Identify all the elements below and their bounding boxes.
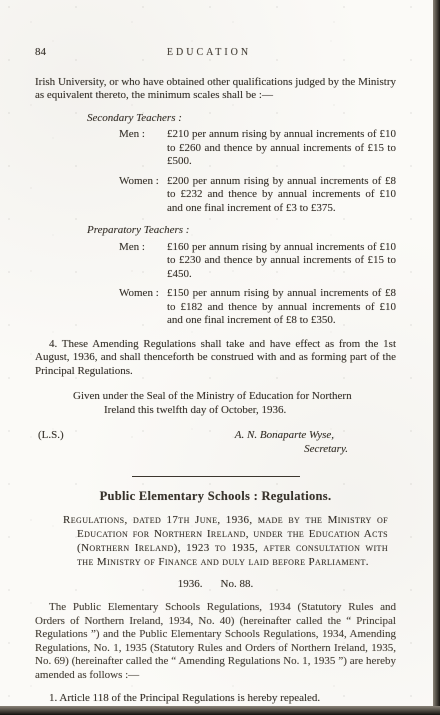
section-heading: Public Elementary Schools : Regulations.	[35, 490, 396, 504]
amendment-paragraph: The Public Elementary Schools Regulation…	[35, 601, 396, 682]
section-divider	[132, 476, 300, 477]
regulations-preamble: Regulations, dated 17th June, 1936, made…	[35, 513, 396, 569]
signature-row: (L.S.) A. N. Bonaparte Wyse,	[35, 429, 396, 443]
page-number: 84	[35, 46, 46, 60]
intro-paragraph: Irish University, or who have obtained o…	[35, 76, 396, 103]
women-label: Women :	[119, 175, 167, 216]
secondary-women-scale: Women : £200 per annum rising by annual …	[119, 175, 396, 216]
women-scale-text: £200 per annum rising by annual incremen…	[167, 175, 396, 216]
signature-title: Secretary.	[35, 443, 396, 457]
regulation-number: No. 88.	[221, 578, 254, 590]
women-label: Women :	[119, 287, 167, 328]
secondary-men-scale: Men : £210 per annum rising by annual in…	[119, 128, 396, 169]
seal-mark: (L.S.)	[38, 429, 64, 443]
men-scale-text: £160 per annum rising by annual incremen…	[167, 241, 396, 282]
clause-4: 4. These Amending Regulations shall take…	[35, 338, 396, 379]
regulation-number-line: 1936.No. 88.	[35, 578, 396, 592]
women-scale-text: £150 per annum rising by annual incremen…	[167, 287, 396, 328]
scanned-document-page: 84 EDUCATION Irish University, or who ha…	[0, 0, 440, 715]
men-label: Men :	[119, 241, 167, 282]
men-label: Men :	[119, 128, 167, 169]
men-scale-text: £210 per annum rising by annual incremen…	[167, 128, 396, 169]
scan-edge-bottom	[0, 706, 440, 715]
secondary-teachers-heading: Secondary Teachers :	[87, 112, 396, 126]
page-content: 84 EDUCATION Irish University, or who ha…	[0, 0, 440, 706]
clause-1: 1. Article 118 of the Principal Regulati…	[35, 692, 396, 706]
preparatory-teachers-heading: Preparatory Teachers :	[87, 224, 396, 238]
preparatory-men-scale: Men : £160 per annum rising by annual in…	[119, 241, 396, 282]
preparatory-women-scale: Women : £150 per annum rising by annual …	[119, 287, 396, 328]
running-head: EDUCATION	[46, 46, 372, 60]
signature-name: A. N. Bonaparte Wyse,	[235, 429, 334, 443]
seal-paragraph: Given under the Seal of the Ministry of …	[35, 390, 396, 417]
regulation-year: 1936.	[178, 578, 203, 590]
scan-edge-right	[433, 0, 440, 715]
page-header: 84 EDUCATION	[35, 46, 396, 60]
